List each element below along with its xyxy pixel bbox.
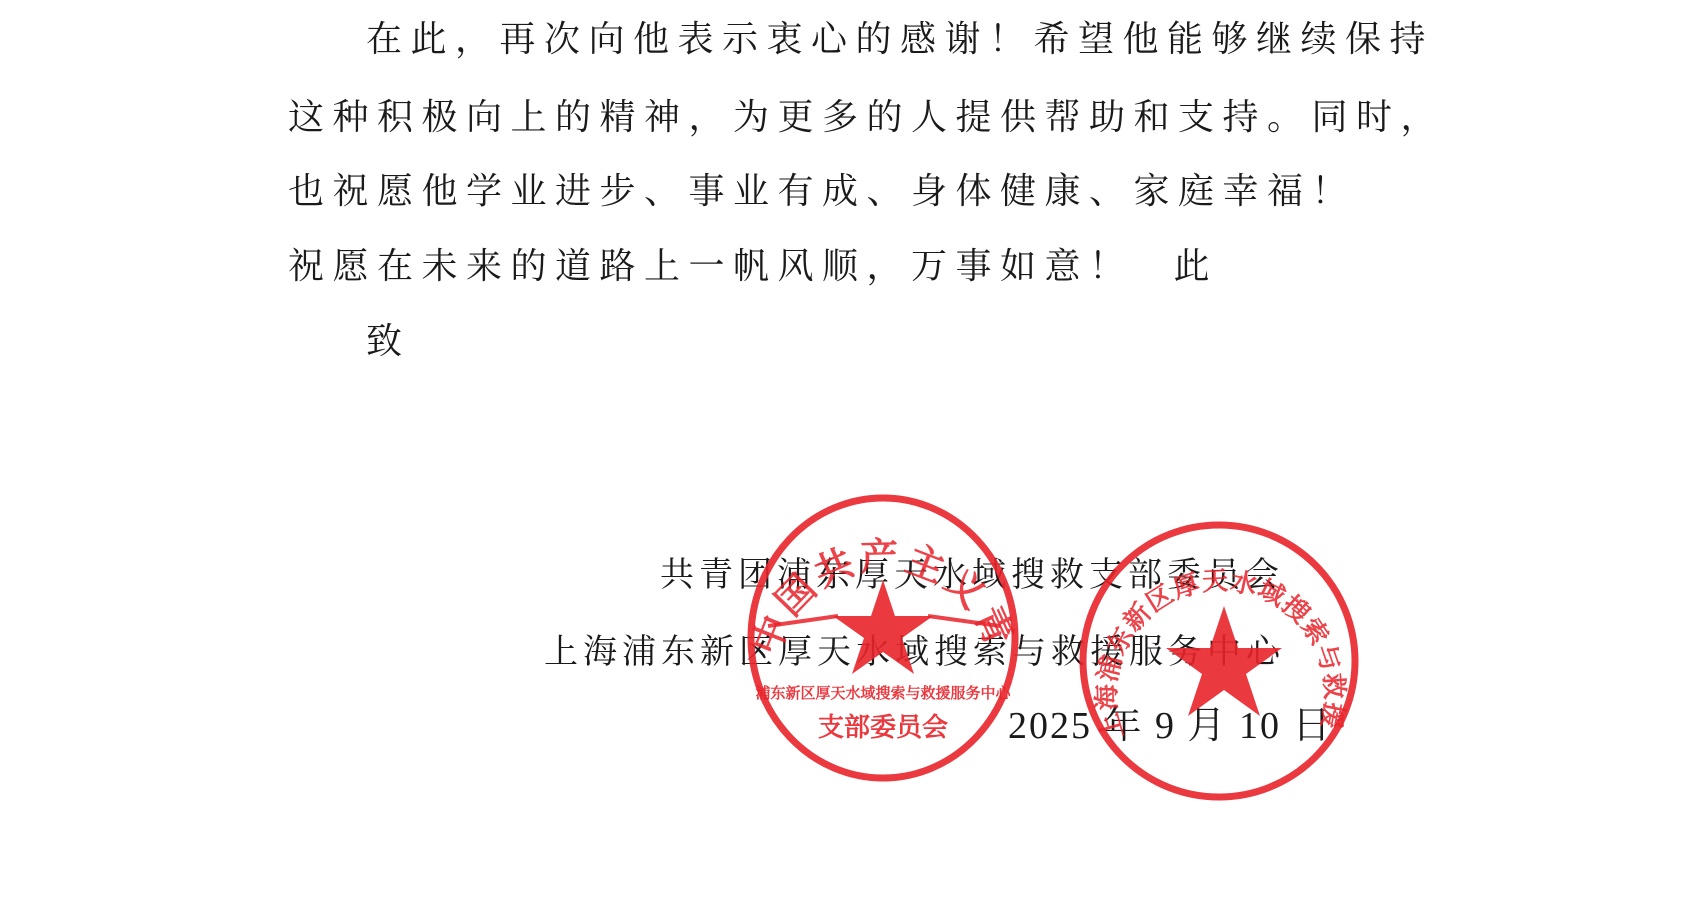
signature-org-1: 共青团浦东厚天水域搜救支部委员会 bbox=[660, 553, 1284, 597]
letter-page: 在此，再次向他表示衷心的感谢！希望他能够继续保持 这种积极向上的精神，为更多的人… bbox=[0, 0, 1706, 912]
signature-org-2: 上海浦东新区厚天水域搜索与救援服务中心 bbox=[544, 630, 1285, 674]
closing-ci: 此 bbox=[1174, 246, 1219, 287]
body-line-4: 祝愿在未来的道路上一帆风顺，万事如意！此 bbox=[288, 245, 1218, 289]
signature-date: 2025 年 9 月 10 日 bbox=[1008, 704, 1333, 748]
body-line-2: 这种积极向上的精神，为更多的人提供帮助和支持。同时， bbox=[288, 96, 1445, 140]
seal-bottom-text: 支部委员会 bbox=[818, 713, 948, 743]
seal-inner-text: 浦东新区厚天水域搜索与救援服务中心 bbox=[755, 684, 1011, 702]
body-line-4-text: 祝愿在未来的道路上一帆风顺，万事如意！ bbox=[288, 246, 1134, 287]
body-line-3: 也祝愿他学业进步、事业有成、身体健康、家庭幸福！ bbox=[288, 170, 1356, 214]
closing-zhi: 致 bbox=[366, 320, 411, 364]
body-line-1: 在此，再次向他表示衷心的感谢！希望他能够继续保持 bbox=[366, 18, 1434, 62]
